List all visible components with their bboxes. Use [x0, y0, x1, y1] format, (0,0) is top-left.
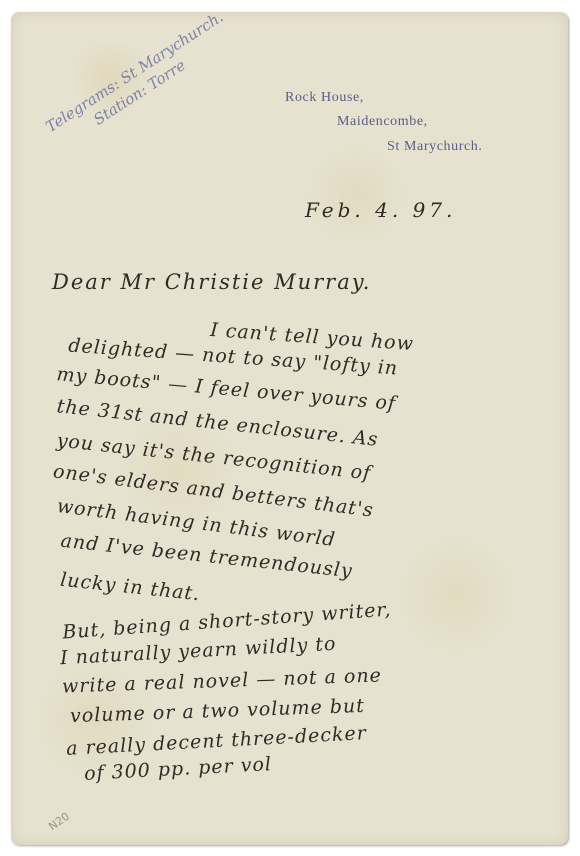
salutation: Dear Mr Christie Murray. — [52, 270, 371, 294]
address-line-1: Rock House, — [285, 90, 364, 106]
letter-date: Feb. 4. 97. — [305, 198, 456, 222]
address-line-3: St Marychurch. — [387, 139, 483, 155]
address-line-2: Maidencombe, — [337, 114, 428, 130]
